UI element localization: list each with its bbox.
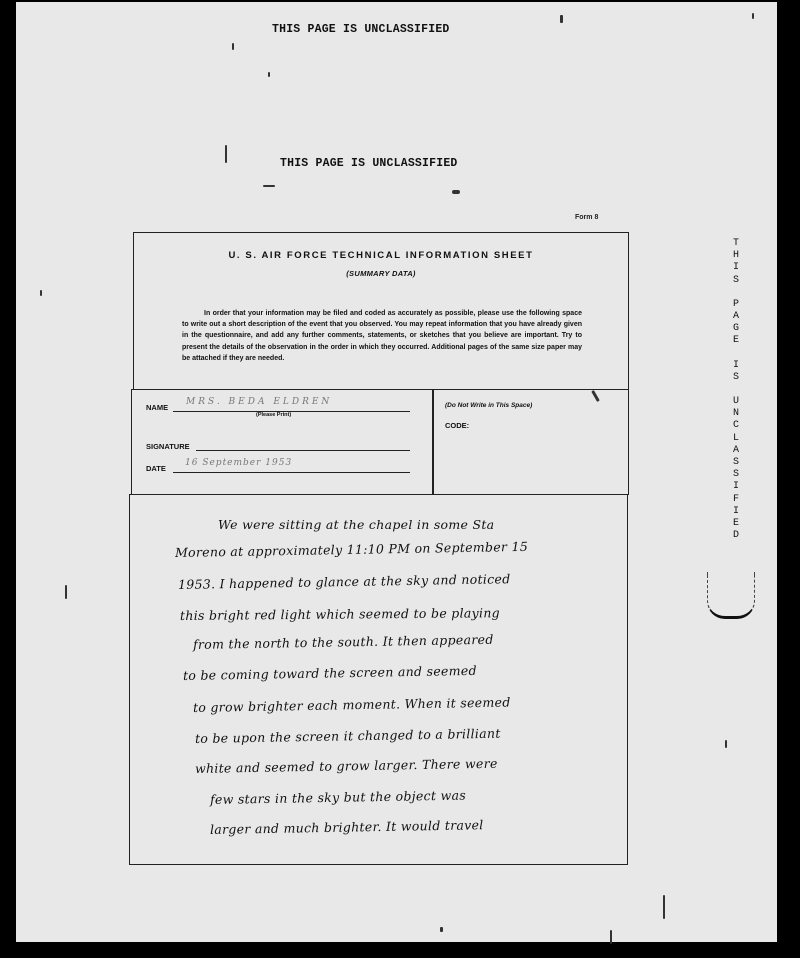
scan-speck: [65, 585, 67, 599]
signature-line: [196, 450, 410, 451]
office-use-divider: [432, 389, 434, 495]
instructions-text: In order that your information may be fi…: [182, 310, 582, 362]
scan-speck: [225, 145, 227, 163]
stamp-letter: L: [729, 433, 743, 445]
scan-speck: [663, 895, 665, 919]
stamp-gap: [729, 287, 743, 299]
stamp-letter: I: [729, 262, 743, 274]
stamp-letter: A: [729, 445, 743, 457]
stamp-letter: S: [729, 372, 743, 384]
signature-label: SIGNATURE: [146, 442, 190, 451]
stamp-letter: N: [729, 408, 743, 420]
name-line: [173, 411, 410, 412]
stamp-gap: [729, 348, 743, 360]
stamp-letter: A: [729, 311, 743, 323]
name-label: NAME: [146, 403, 168, 412]
stamp-letter: F: [729, 494, 743, 506]
narrative-line: this bright red light which seemed to be…: [180, 605, 500, 623]
stamp-letter: G: [729, 323, 743, 335]
scan-speck: [452, 190, 460, 194]
name-value: MRS. BEDA ELDREN: [186, 397, 332, 407]
stamp-letter: I: [729, 506, 743, 518]
scan-speck: [440, 927, 443, 932]
classification-stamp-top: THIS PAGE IS UNCLASSIFIED: [272, 23, 450, 36]
classification-stamp-middle: THIS PAGE IS UNCLASSIFIED: [280, 157, 458, 170]
form-number: Form 8: [575, 214, 598, 221]
date-label: DATE: [146, 464, 166, 473]
form-instructions: In order that your information may be fi…: [182, 308, 582, 364]
date-line: [173, 472, 410, 473]
scan-speck: [752, 13, 754, 19]
scan-speck: [725, 740, 727, 748]
scan-speck: [263, 185, 275, 187]
stamp-letter: I: [729, 360, 743, 372]
stamp-letter: E: [729, 335, 743, 347]
stamp-bracket: [707, 572, 755, 619]
date-value: 16 September 1953: [185, 458, 292, 468]
form-subtitle: (SUMMARY DATA): [133, 269, 629, 278]
scan-speck: [40, 290, 42, 296]
scan-speck: [232, 43, 234, 50]
scan-speck: [610, 930, 612, 944]
stamp-letter: S: [729, 275, 743, 287]
stamp-letter: I: [729, 481, 743, 493]
classification-stamp-vertical: T H I S P A G E I S U N C L A S S I F I …: [729, 238, 743, 542]
narrative-line: We were sitting at the chapel in some St…: [218, 517, 494, 532]
form-title: U. S. AIR FORCE TECHNICAL INFORMATION SH…: [133, 250, 629, 261]
office-use-note: (Do Not Write in This Space): [445, 402, 532, 409]
stamp-gap: [729, 384, 743, 396]
stamp-letter: S: [729, 457, 743, 469]
scan-speck: [560, 15, 563, 23]
name-hint: (Please Print): [256, 412, 291, 418]
code-label: CODE:: [445, 421, 469, 430]
stamp-letter: C: [729, 420, 743, 432]
stamp-letter: E: [729, 518, 743, 530]
stamp-letter: U: [729, 396, 743, 408]
stamp-letter: H: [729, 250, 743, 262]
scan-speck: [268, 72, 270, 77]
stamp-letter: S: [729, 469, 743, 481]
stamp-letter: D: [729, 530, 743, 542]
stamp-letter: T: [729, 238, 743, 250]
stamp-letter: P: [729, 299, 743, 311]
